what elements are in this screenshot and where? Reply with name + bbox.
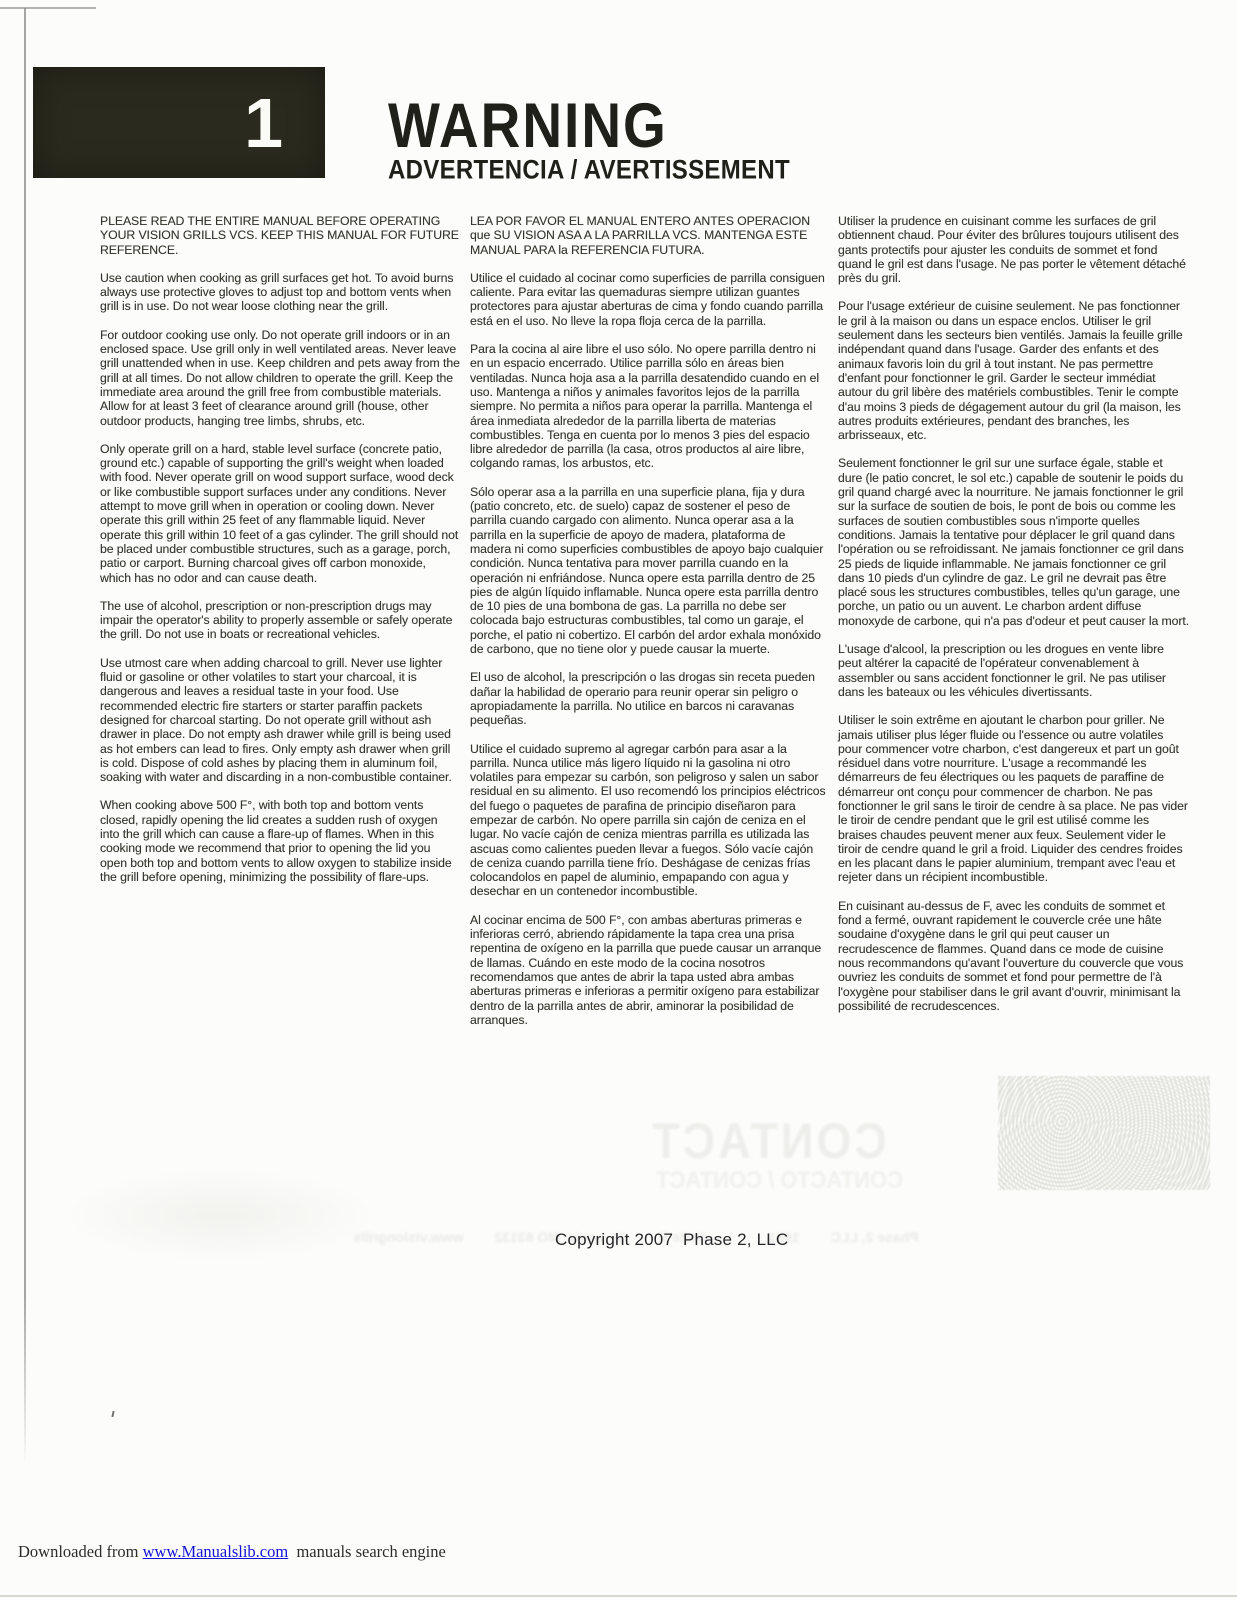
scan-artifact-speck [111,1411,114,1417]
paragraph-fr-3: Seulement fonctionner le gril sur une su… [838,456,1190,628]
paragraph-fr-6: En cuisinant au-dessus de F, avec les co… [838,899,1190,1013]
paragraph-en-5: The use of alcohol, prescription or non-… [100,599,460,642]
paragraph-es-3: Para la cocina al aire libre el uso sólo… [470,342,828,471]
paragraph-en-6: Use utmost care when adding charcoal to … [100,656,460,785]
manualslib-footer: Downloaded from www.Manualslib.com manua… [18,1542,446,1562]
bleedthrough-smudge [60,1168,380,1263]
column-spanish: LEA POR FAVOR EL MANUAL ENTERO ANTES OPE… [470,214,828,1041]
scan-artifact-left-line [24,8,26,1468]
paragraph-es-2: Utilice el cuidado al cocinar como super… [470,271,828,328]
page-title: WARNING [388,94,668,157]
manualslib-link[interactable]: www.Manualslib.com [143,1542,289,1561]
bleedthrough-chapter-box [998,1076,1210,1190]
page-subtitle: ADVERTENCIA / AVERTISSEMENT [388,157,790,184]
paragraph-en-1: PLEASE READ THE ENTIRE MANUAL BEFORE OPE… [100,214,460,257]
paragraph-en-3: For outdoor cooking use only. Do not ope… [100,328,460,428]
paragraph-es-4: Sólo operar asa a la parrilla en una sup… [470,485,828,657]
bleedthrough-contact-subtitle: CONTACTO / CONTACT [597,1166,962,1195]
scanned-manual-page: 1 WARNING ADVERTENCIA / AVERTISSEMENT PL… [0,0,1237,1600]
paragraph-en-4: Only operate grill on a hard, stable lev… [100,442,460,585]
scan-artifact-top-line [0,7,96,9]
paragraph-es-1: LEA POR FAVOR EL MANUAL ENTERO ANTES OPE… [470,214,828,257]
paragraph-fr-2: Pour l'usage extérieur de cuisine seulem… [838,299,1190,442]
chapter-number: 1 [244,88,325,158]
paragraph-fr-1: Utiliser la prudence en cuisinant comme … [838,214,1190,285]
column-french: Utiliser la prudence en cuisinant comme … [838,214,1190,1027]
paragraph-es-7: Al cocinar encima de 500 F°, con ambas a… [470,913,828,1027]
column-english: PLEASE READ THE ENTIRE MANUAL BEFORE OPE… [100,214,460,898]
bleedthrough-contact-title: CONTACT [612,1112,924,1170]
footer-prefix: Downloaded from [18,1542,143,1561]
paragraph-en-2: Use caution when cooking as grill surfac… [100,271,460,314]
scan-artifact-bottom-line [0,1595,1237,1597]
footer-suffix: manuals search engine [288,1542,446,1561]
paragraph-es-5: El uso de alcohol, la prescripción o las… [470,670,828,727]
copyright-line: Copyright 2007 Phase 2, LLC [555,1230,788,1250]
paragraph-en-7: When cooking above 500 F°, with both top… [100,798,460,884]
chapter-number-box: 1 [33,67,325,178]
paragraph-es-6: Utilice el cuidado supremo al agregar ca… [470,742,828,899]
paragraph-fr-5: Utiliser le soin extrême en ajoutant le … [838,713,1190,885]
paragraph-fr-4: L'usage d'alcool, la prescription ou les… [838,642,1190,699]
